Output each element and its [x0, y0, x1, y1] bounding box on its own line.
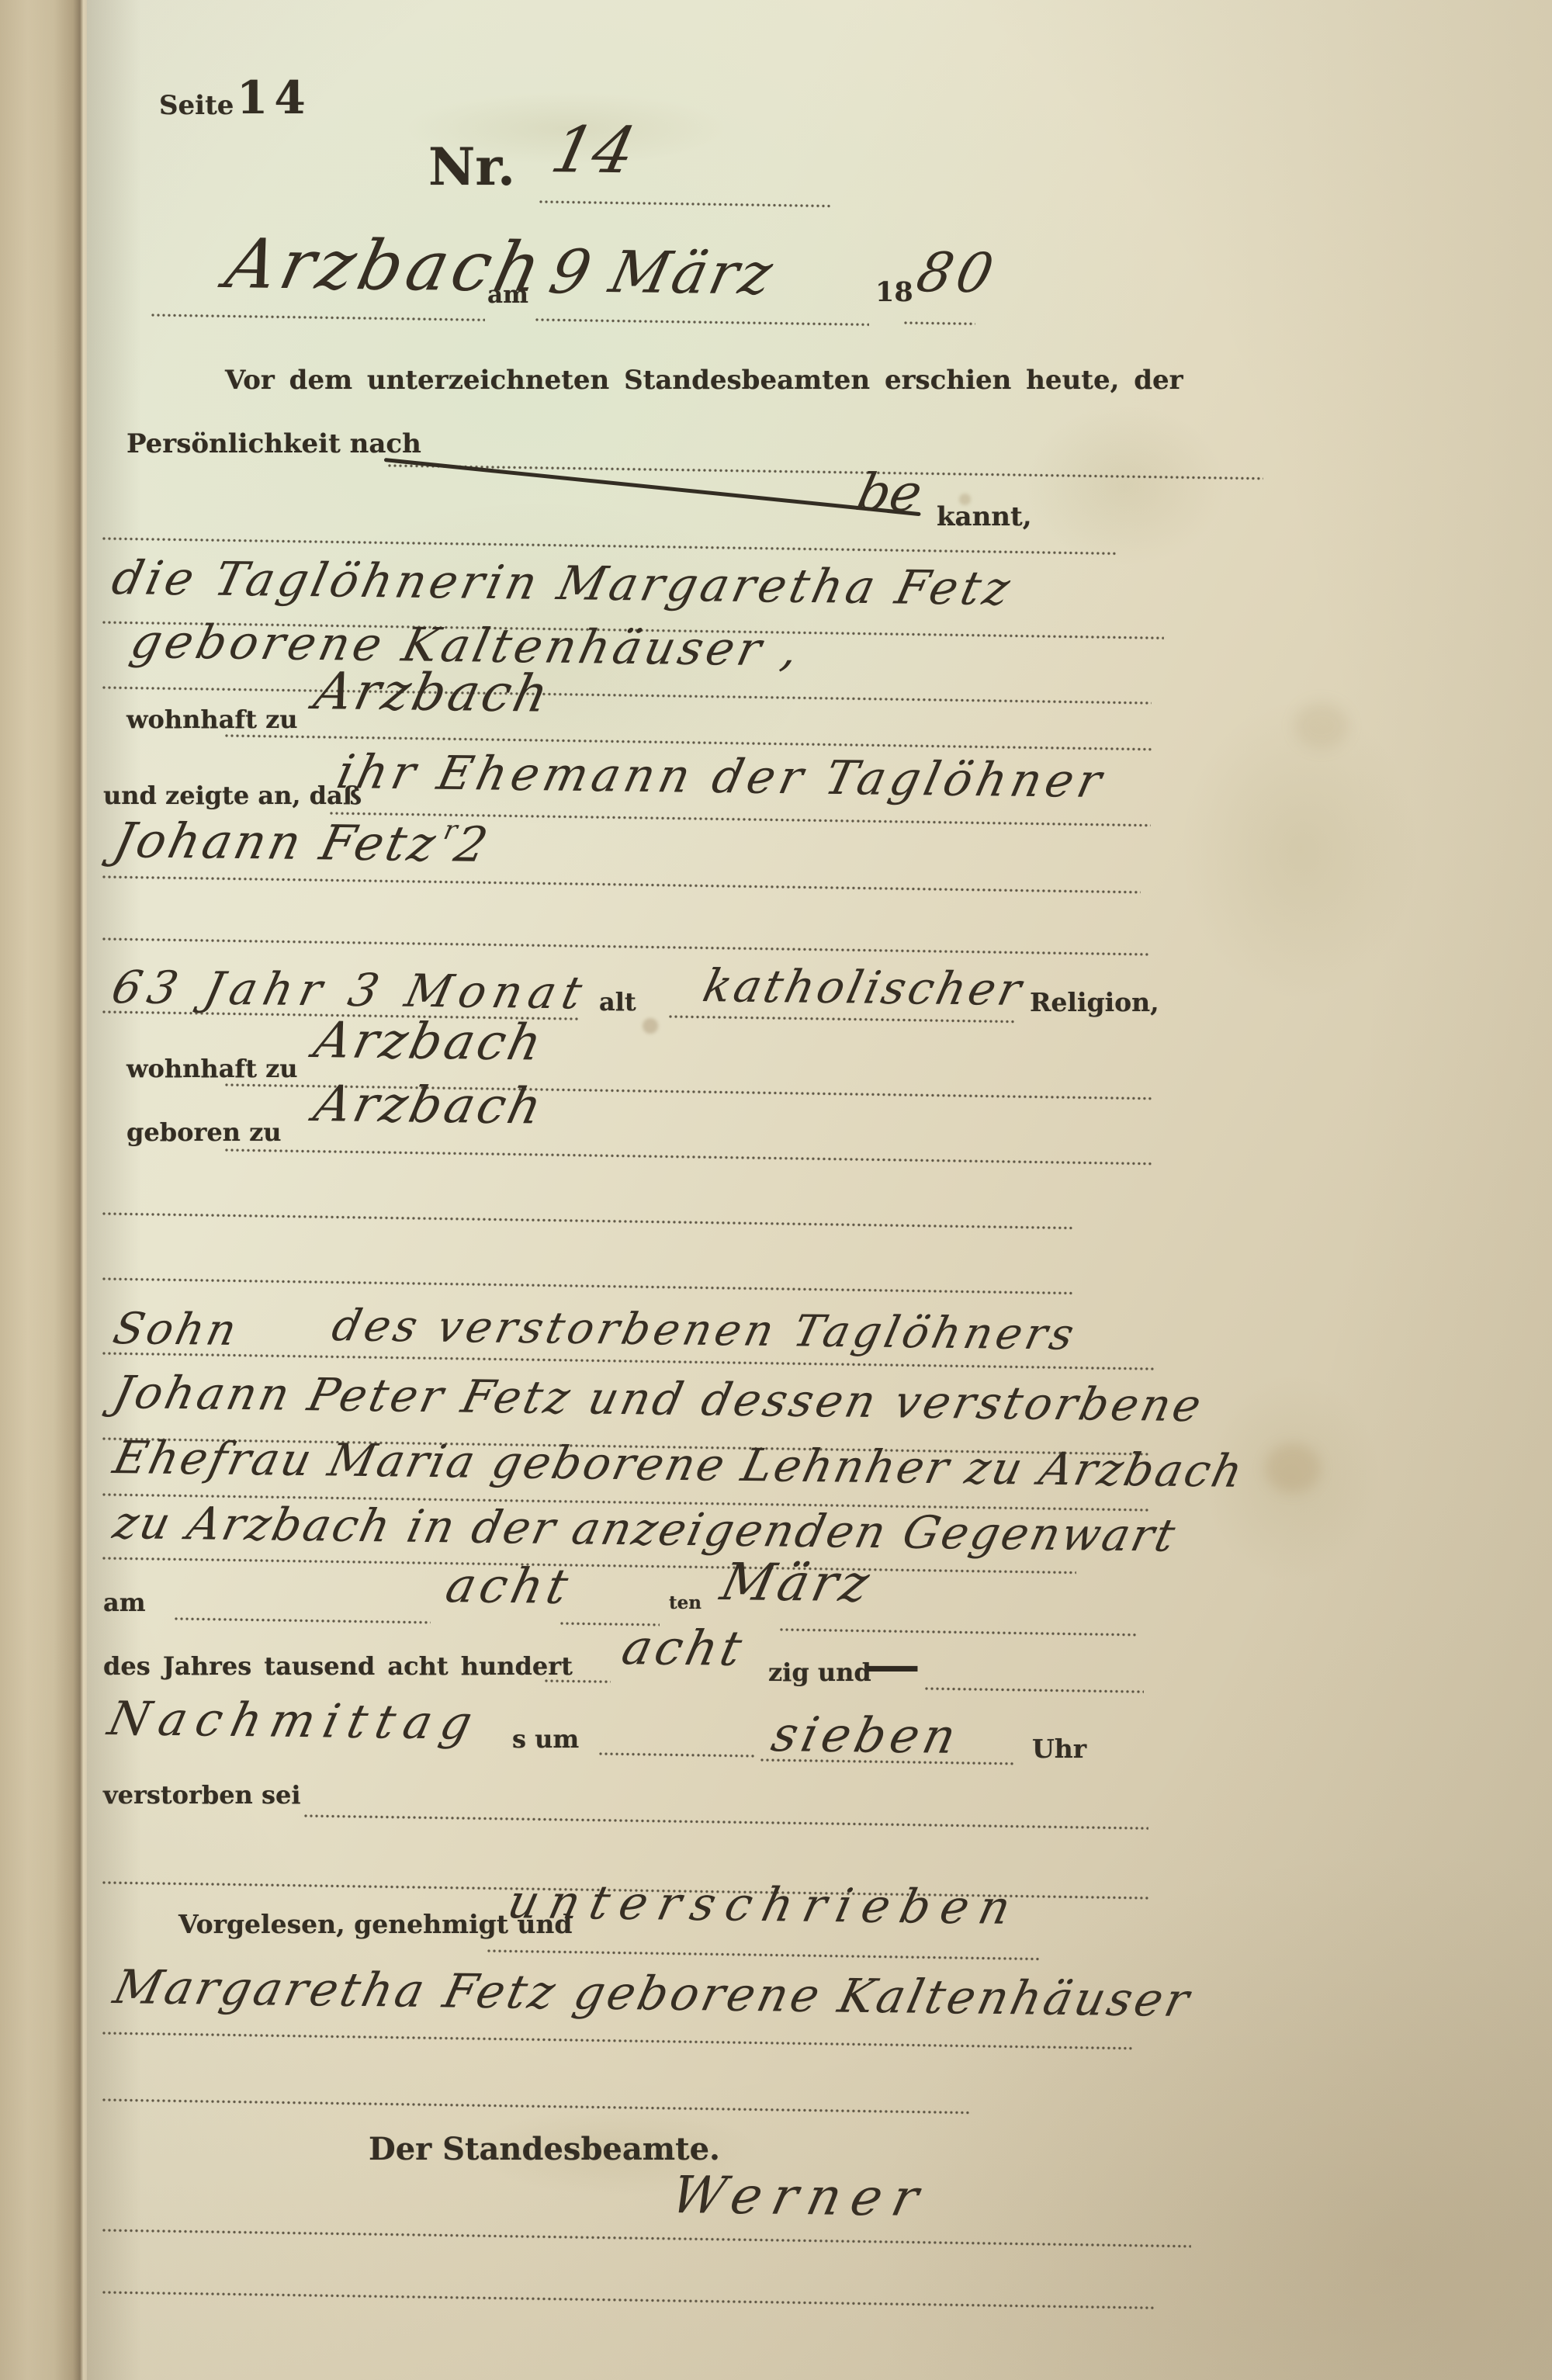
death-register-page: Seite 14 Nr. 14 Arzbach am 9 März 18 80 …	[0, 0, 1552, 2380]
dotted-rule	[904, 321, 975, 325]
declarant-name-handwritten: die Taglöhnerin Margaretha Fetz	[107, 551, 1018, 616]
dotted-rule	[102, 875, 1141, 894]
ten-suffix-label: ten	[669, 1592, 702, 1613]
dotted-rule	[539, 200, 830, 208]
death-day-handwritten: acht	[441, 1557, 578, 1615]
alt-label: alt	[599, 987, 636, 1017]
deceased-residence-handwritten: Arzbach	[309, 1012, 550, 1072]
und-zeigte-an-label: und zeigte an, daß	[103, 781, 362, 810]
kannt-label: kannt,	[937, 501, 1032, 532]
registration-month-handwritten: März	[604, 239, 781, 308]
uhr-label: Uhr	[1032, 1734, 1086, 1764]
record-number-value-handwritten: 14	[545, 113, 642, 188]
declarant-residence-handwritten: Arzbach	[309, 661, 557, 724]
page-number: 14	[237, 71, 312, 124]
dotted-rule	[535, 318, 869, 326]
declarant-signature-handwritten: Margaretha Fetz geborene Kaltenhäuser	[109, 1960, 1197, 2028]
unterschrieben-handwritten: unterschrieben	[503, 1875, 1027, 1935]
dotted-rule	[304, 1814, 1148, 1830]
binding-shadow	[87, 0, 141, 2380]
geboren-zu-label: geboren zu	[126, 1117, 282, 1147]
dotted-rule	[225, 1148, 1152, 1166]
registration-day-handwritten: 9	[543, 237, 598, 308]
dotted-rule	[102, 686, 1152, 705]
dotted-rule	[175, 1617, 431, 1624]
dotted-rule	[102, 937, 1150, 956]
bleedthrough-ghost	[1024, 404, 1226, 566]
death-month-handwritten: März	[715, 1552, 878, 1613]
units-dash-handwritten: —	[868, 1616, 917, 1707]
dotted-rule	[487, 1949, 1041, 1961]
zig-und-label: zig und	[768, 1658, 871, 1687]
death-year-tens-handwritten: acht	[617, 1619, 751, 1677]
fox-stain	[1265, 1443, 1321, 1493]
dotted-rule	[780, 1628, 1138, 1637]
dotted-rule	[599, 1752, 757, 1758]
registrar-signature-handwritten: Werner	[666, 2165, 935, 2228]
handwritten-strike-line	[384, 458, 921, 516]
deceased-name-handwritten: Johann Fetz 2	[109, 812, 496, 873]
parents-sohn-handwritten: Sohn	[109, 1304, 244, 1356]
am-label: am	[103, 1588, 146, 1617]
dotted-rule	[669, 1015, 1014, 1024]
death-hour-handwritten: sieben	[767, 1706, 965, 1765]
fox-stain	[1294, 702, 1349, 749]
book-binding-edge	[0, 0, 87, 2380]
wohnhaft-zu-label: wohnhaft zu	[126, 705, 298, 734]
year-century-printed: 18	[875, 276, 913, 308]
dotted-rule	[102, 1557, 1076, 1575]
deceased-age-handwritten: 63 Jahr 3 Monat	[107, 961, 594, 1019]
dotted-rule	[925, 1687, 1144, 1693]
year-handwritten: 80	[911, 241, 1003, 305]
record-number-label: Nr.	[428, 137, 515, 197]
dotted-rule	[102, 2032, 1133, 2050]
persoenlichkeit-label: Persönlichkeit nach	[126, 428, 421, 459]
parents-father-name-handwritten: Johann Peter Fetz und dessen verstorbene	[109, 1366, 1209, 1432]
deceased-religion-handwritten: katholischer	[698, 959, 1029, 1016]
dotted-rule	[102, 2229, 1191, 2248]
page-label: Seite	[159, 90, 234, 121]
notification-relation-handwritten: ihr Ehemann der Taglöhner	[332, 745, 1111, 809]
be-handwritten: be	[851, 462, 927, 523]
registrar-title-label: Der Standesbeamte.	[369, 2131, 720, 2167]
wohnhaft-zu-label: wohnhaft zu	[126, 1054, 298, 1083]
verstorben-sei-label: verstorben sei	[103, 1780, 300, 1810]
am-label: am	[487, 281, 528, 309]
dotted-rule	[102, 2291, 1156, 2309]
bleedthrough-ghost	[1180, 698, 1420, 1001]
daypart-handwritten: Nachmittag	[103, 1692, 486, 1751]
page-vignette	[0, 0, 1552, 2380]
dotted-rule	[102, 1277, 1072, 1295]
religion-label: Religion,	[1030, 987, 1159, 1017]
dotted-rule	[102, 1212, 1072, 1230]
dotted-rule	[102, 2098, 972, 2115]
s-um-label: s um	[512, 1724, 579, 1754]
dotted-rule	[151, 314, 485, 321]
fox-stain	[643, 1018, 658, 1034]
year-phrase-label: des Jahres tausend acht hundert	[103, 1651, 573, 1681]
form-intro-line: Vor dem unterzeichneten Standesbeamten e…	[225, 365, 1183, 396]
dotted-rule	[545, 1679, 611, 1683]
deceased-birthplace-handwritten: Arzbach	[309, 1076, 550, 1136]
parents-mother-name-handwritten: Ehefrau Maria geborene Lehnher zu Arzbac…	[109, 1431, 1249, 1498]
parents-father-occupation-handwritten: des verstorbenen Taglöhners	[327, 1301, 1083, 1360]
